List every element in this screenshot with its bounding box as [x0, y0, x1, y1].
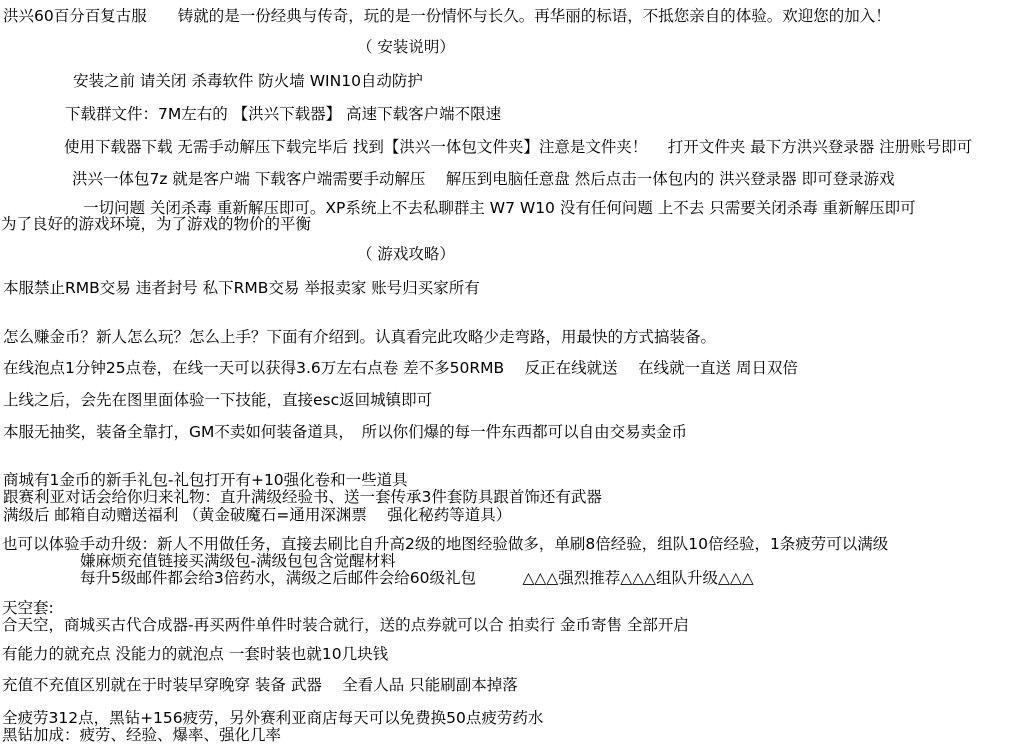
- downloader-usage-line: 使用下载器下载 无需手动解压下载完毕后 找到【洪兴一体包文件夹】注意是文件夹！ …: [64, 139, 972, 156]
- seria-gift-line: 跟赛利亚对话会给你归来礼物：直升满级经验书、送一套传承3件套防具跟首饰还有武器: [3, 489, 602, 506]
- install-precaution-line: 安装之前 请关闭 杀毒软件 防火墙 WIN10自动防护: [73, 73, 423, 90]
- manual-level-line: 也可以体验手动升级：新人不用做任务，直接去刷比自升高2级的地图经验做多，单刷8倍…: [2, 536, 888, 553]
- recharge-difference-line: 充值不充值区别就在于时装早穿晚穿 装备 武器 全看人品 只能刷副本掉落: [2, 677, 518, 694]
- recharge-advice-line: 有能力的就充点 没能力的就泡点 一套时装也就10几块钱: [2, 646, 388, 663]
- guide-section-heading: （ 游戏攻略）: [357, 246, 455, 263]
- maxlevel-mail-line: 满级后 邮箱自动赠送福利 （黄金破魔石=通用深渊票 强化秘药等道具）: [3, 507, 511, 524]
- sky-set-heading: 天空套:: [2, 600, 54, 617]
- no-lottery-line: 本服无抽奖，装备全靠打，GM不卖如何装备道具， 所以你们爆的每一件东西都可以自由…: [3, 424, 687, 441]
- rmb-trade-rule-line: 本服禁止RMB交易 违者封号 私下RMB交易 举报卖家 账号归买家所有: [3, 280, 480, 297]
- download-file-line: 下载群文件：7M左右的 【洪兴下载器】 高速下载客户端不限速: [65, 106, 501, 123]
- document-page: 洪兴60百分百复古服 铸就的是一份经典与传奇，玩的是一份情怀与长久。再华丽的标语…: [0, 0, 1020, 751]
- level-pack-line: 嫌麻烦充值链接买满级包-满级包包含觉醒材料: [80, 553, 396, 570]
- mail-reward-line: 每升5级邮件都会给3倍药水，满级之后邮件会给60级礼包 △△△强烈推荐△△△组队…: [80, 570, 754, 587]
- black-diamond-bonus-line: 黑钻加成：疲劳、经验、爆率、强化几率: [2, 727, 281, 744]
- mall-gift-line: 商城有1金币的新手礼包-礼包打开有+10强化卷和一些道具: [3, 472, 408, 489]
- online-reward-line: 在线泡点1分钟25点卷，在线一天可以获得3.6万左右点卷 差不多50RMB 反正…: [3, 360, 798, 377]
- fatigue-points-line: 全疲劳312点，黑钻+156疲劳，另外赛利亚商店每天可以免费换50点疲劳药水: [2, 710, 543, 727]
- game-environment-line: 为了良好的游戏环境，为了游戏的物价的平衡: [1, 216, 311, 233]
- client-package-line: 洪兴一体包7z 就是客户端 下载客户端需要手动解压 解压到电脑任意盘 然后点击一…: [72, 171, 895, 188]
- skill-trial-line: 上线之后，会先在图里面体验一下技能，直接esc返回城镇即可: [3, 392, 432, 409]
- server-intro-line: 洪兴60百分百复古服 铸就的是一份经典与传奇，玩的是一份情怀与长久。再华丽的标语…: [3, 8, 891, 25]
- sky-set-combine-line: 合天空，商城买古代合成器-再买两件单件时装合就行，送的点券就可以合 拍卖行 金币…: [2, 617, 689, 634]
- newbie-guide-line: 怎么赚金币？新人怎么玩？怎么上手？下面有介绍到。认真看完此攻略少走弯路，用最快的…: [3, 329, 716, 346]
- install-section-heading: （ 安装说明）: [357, 39, 455, 56]
